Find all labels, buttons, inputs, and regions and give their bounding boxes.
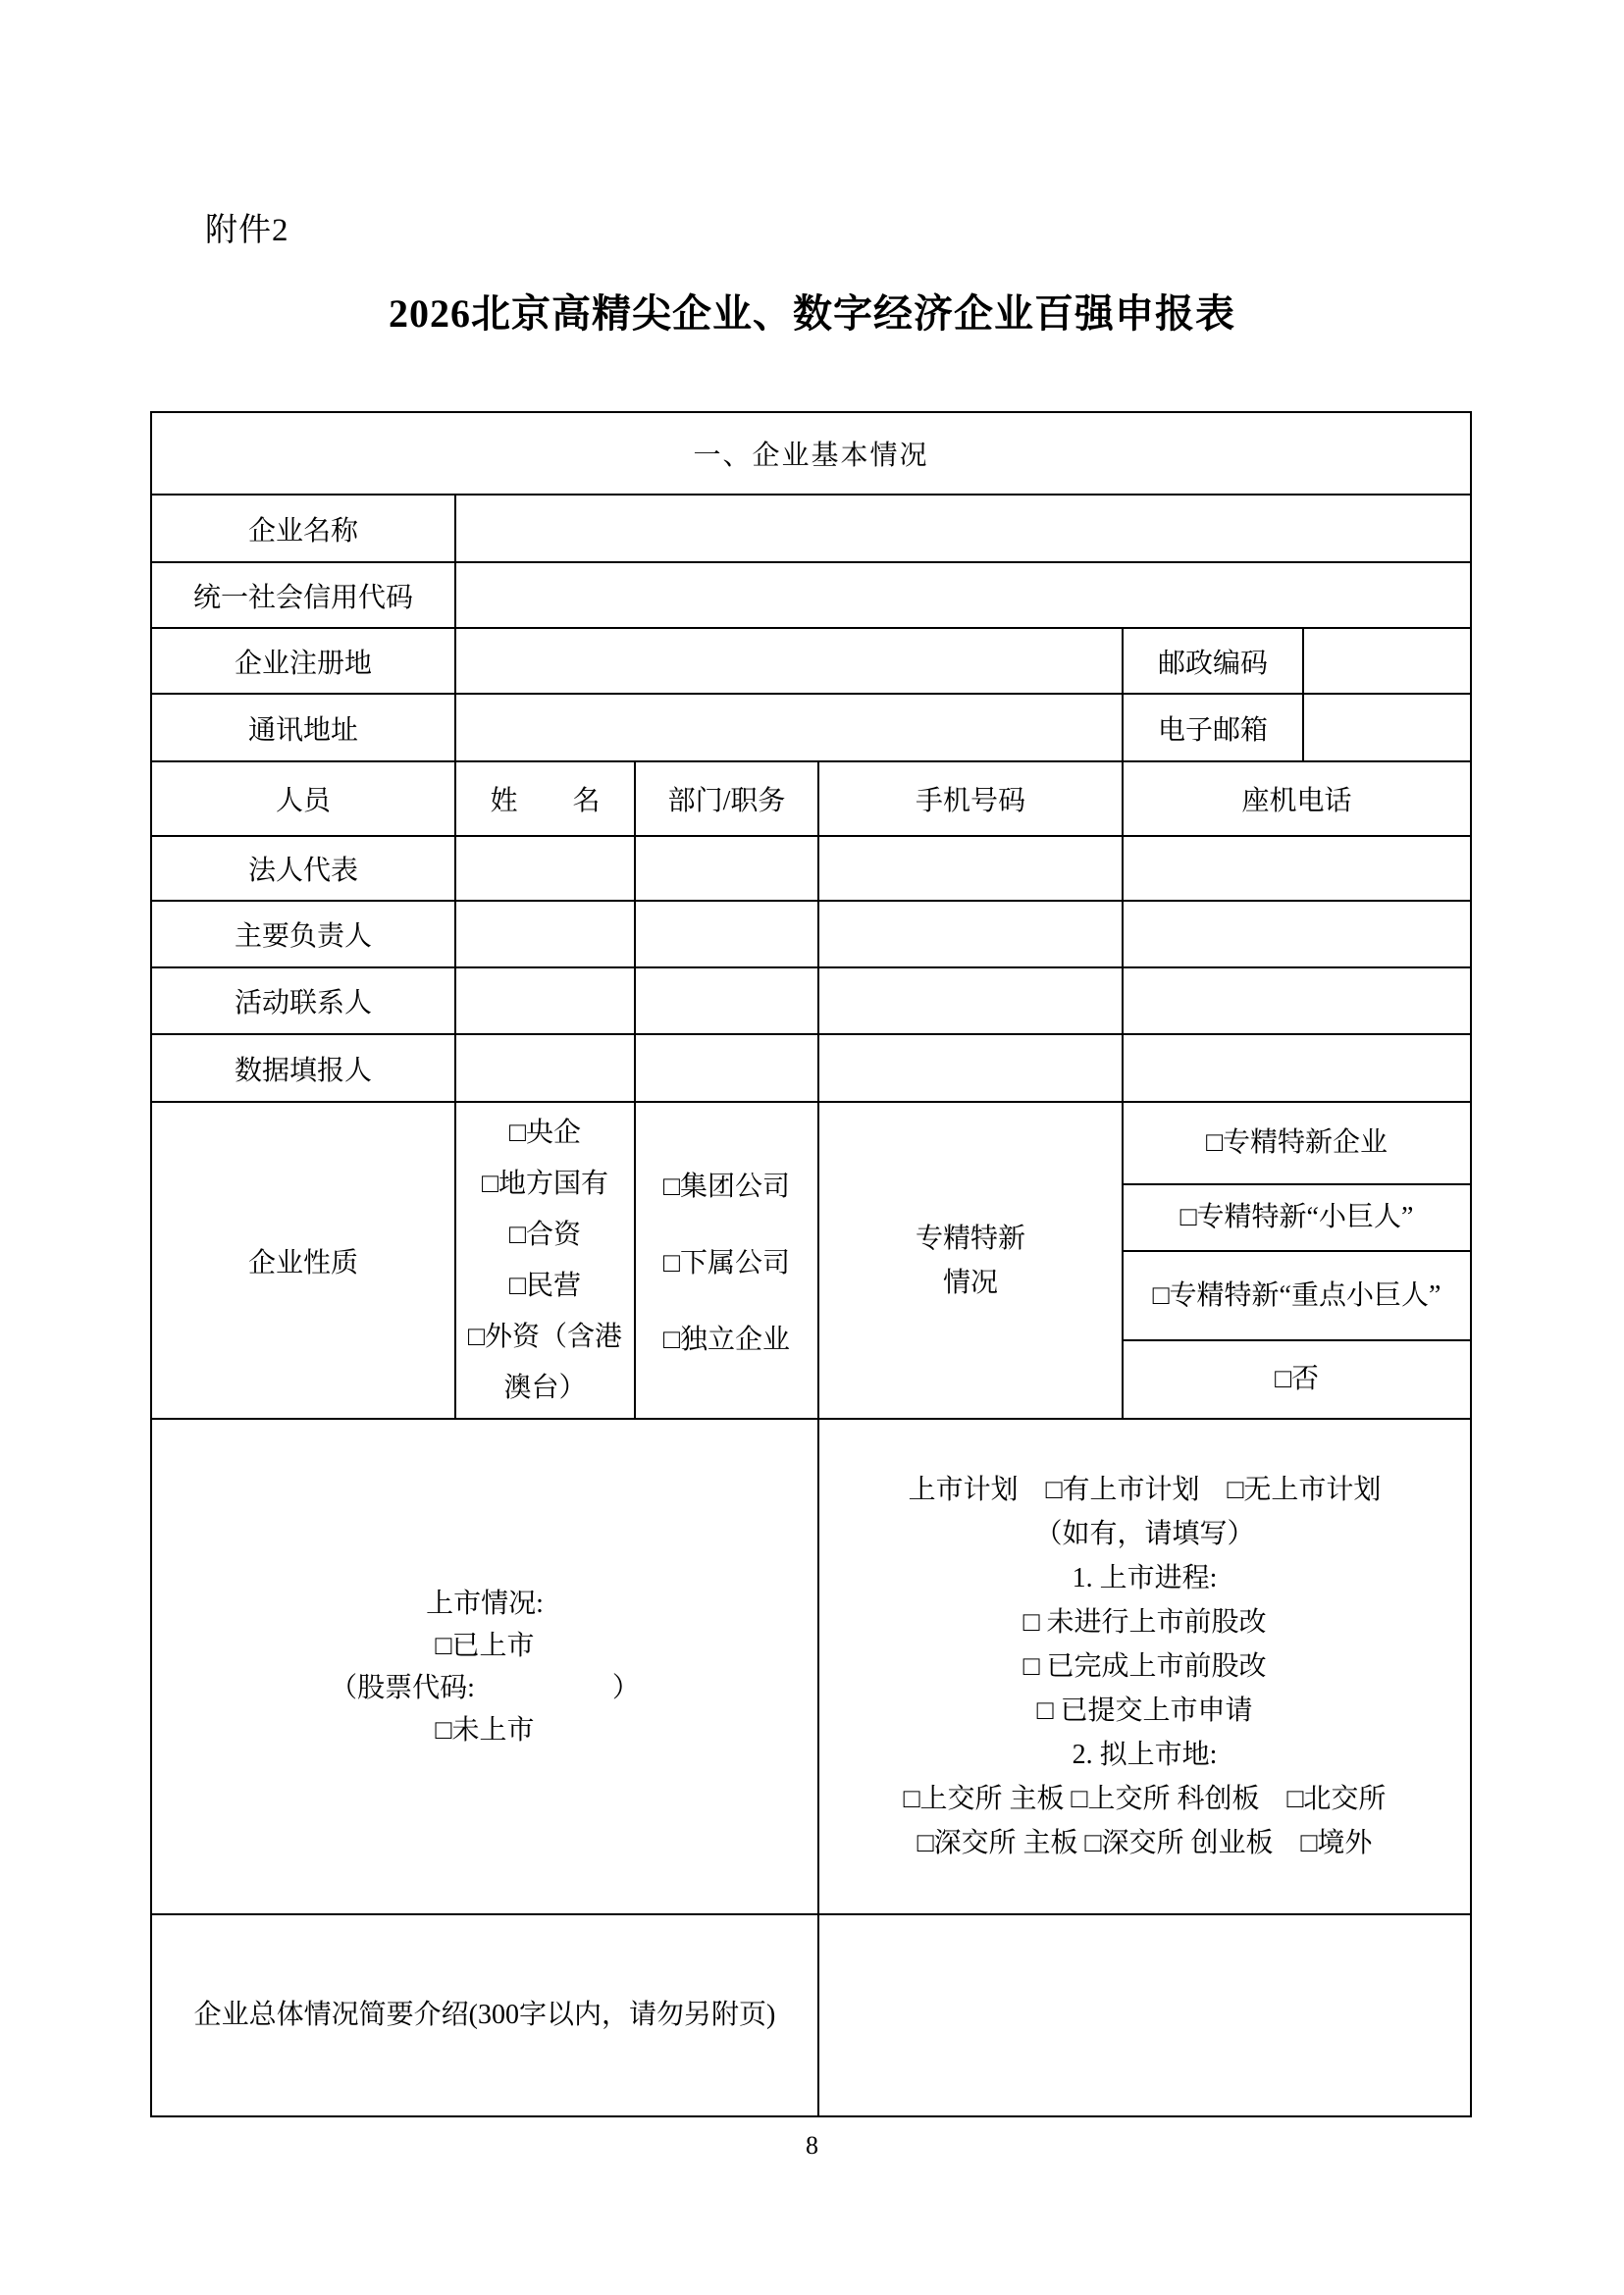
progress-option-submitted[interactable]: □ 已提交上市申请 xyxy=(819,1689,1470,1733)
section-header: 一、企业基本情况 xyxy=(151,412,1471,495)
legal-rep-name-cell[interactable] xyxy=(455,836,635,901)
zjtx-label-line1: 专精特新 xyxy=(819,1217,1122,1261)
table-row: 活动联系人 xyxy=(151,967,1471,1034)
zjtx-option-little-giant[interactable]: □专精特新“小巨人” xyxy=(1123,1184,1471,1251)
page-number: 8 xyxy=(0,2131,1624,2161)
legal-rep-phone-cell[interactable] xyxy=(1123,836,1471,901)
structure-options-cell: □集团公司 □下属公司 □独立企业 xyxy=(635,1102,818,1419)
data-filler-mobile-cell[interactable] xyxy=(818,1034,1123,1102)
progress-option-reform-done[interactable]: □ 已完成上市前股改 xyxy=(819,1644,1470,1689)
data-filler-label: 数据填报人 xyxy=(151,1034,455,1102)
ownership-options-cell: □央企 □地方国有 □合资 □民营 □外资（含港澳台） xyxy=(455,1102,635,1419)
personnel-header-name: 姓 名 xyxy=(455,761,635,836)
listing-status-title: 上市情况: xyxy=(152,1583,817,1625)
company-name-input-cell[interactable] xyxy=(455,495,1471,562)
page-title: 2026北京高精尖企业、数字经济企业百强申报表 xyxy=(0,283,1624,339)
venue-options-row2[interactable]: □深交所 主板 □深交所 创业板 □境外 xyxy=(819,1821,1470,1865)
activity-contact-mobile-cell[interactable] xyxy=(818,967,1123,1034)
summary-input-cell[interactable] xyxy=(818,1914,1471,2116)
listed-checkbox-option[interactable]: □已上市 xyxy=(152,1625,817,1667)
listing-status-cell: 上市情况: □已上市 （股票代码: ） □未上市 xyxy=(151,1419,818,1914)
ownership-option-joint[interactable]: □合资 xyxy=(456,1210,634,1261)
data-filler-name-cell[interactable] xyxy=(455,1034,635,1102)
nature-label: 企业性质 xyxy=(151,1102,455,1419)
structure-option-subsidiary[interactable]: □下属公司 xyxy=(636,1241,817,1280)
not-listed-checkbox-option[interactable]: □未上市 xyxy=(152,1709,817,1751)
structure-option-group[interactable]: □集团公司 xyxy=(636,1165,817,1204)
personnel-header-dept: 部门/职务 xyxy=(635,761,818,836)
listing-plan-note: （如有，请填写） xyxy=(819,1512,1470,1556)
legal-rep-mobile-cell[interactable] xyxy=(818,836,1123,901)
activity-contact-dept-cell[interactable] xyxy=(635,967,818,1034)
ownership-option-private[interactable]: □民营 xyxy=(456,1261,634,1312)
listing-plan-options[interactable]: 上市计划 □有上市计划 □无上市计划 xyxy=(819,1468,1470,1512)
principal-label: 主要负责人 xyxy=(151,901,455,967)
activity-contact-label: 活动联系人 xyxy=(151,967,455,1034)
zjtx-label-line2: 情况 xyxy=(819,1261,1122,1305)
personnel-header-phone: 座机电话 xyxy=(1123,761,1471,836)
email-label: 电子邮箱 xyxy=(1123,694,1303,761)
legal-rep-dept-cell[interactable] xyxy=(635,836,818,901)
stock-code-field[interactable]: （股票代码: ） xyxy=(152,1667,817,1709)
reg-address-label: 企业注册地 xyxy=(151,628,455,694)
basic-info-table: 一、企业基本情况 企业名称 统一社会信用代码 企业注册地 邮政编码 通讯地址 电… xyxy=(150,411,1472,2117)
summary-label: 企业总体情况简要介绍(300字以内，请勿另附页) xyxy=(151,1914,818,2116)
personnel-header-person: 人员 xyxy=(151,761,455,836)
table-row: 法人代表 xyxy=(151,836,1471,901)
email-input-cell[interactable] xyxy=(1303,694,1471,761)
credit-code-input-cell[interactable] xyxy=(455,562,1471,628)
company-name-label: 企业名称 xyxy=(151,495,455,562)
listing-plan-cell: 上市计划 □有上市计划 □无上市计划 （如有，请填写） 1. 上市进程: □ 未… xyxy=(818,1419,1471,1914)
listing-venue-title: 2. 拟上市地: xyxy=(819,1733,1470,1777)
legal-rep-label: 法人代表 xyxy=(151,836,455,901)
structure-option-independent[interactable]: □独立企业 xyxy=(636,1318,817,1357)
credit-code-label: 统一社会信用代码 xyxy=(151,562,455,628)
zjtx-option-key-little-giant[interactable]: □专精特新“重点小巨人” xyxy=(1123,1251,1471,1340)
postal-code-input-cell[interactable] xyxy=(1303,628,1471,694)
mail-address-label: 通讯地址 xyxy=(151,694,455,761)
ownership-option-local-state[interactable]: □地方国有 xyxy=(456,1159,634,1210)
table-row: 数据填报人 xyxy=(151,1034,1471,1102)
ownership-option-foreign[interactable]: □外资（含港澳台） xyxy=(456,1312,634,1414)
listing-progress-title: 1. 上市进程: xyxy=(819,1556,1470,1600)
reg-address-input-cell[interactable] xyxy=(455,628,1123,694)
attachment-label: 附件2 xyxy=(205,204,289,250)
mail-address-input-cell[interactable] xyxy=(455,694,1123,761)
zjtx-option-no[interactable]: □否 xyxy=(1123,1340,1471,1419)
principal-mobile-cell[interactable] xyxy=(818,901,1123,967)
principal-dept-cell[interactable] xyxy=(635,901,818,967)
data-filler-dept-cell[interactable] xyxy=(635,1034,818,1102)
activity-contact-phone-cell[interactable] xyxy=(1123,967,1471,1034)
personnel-header-mobile: 手机号码 xyxy=(818,761,1123,836)
data-filler-phone-cell[interactable] xyxy=(1123,1034,1471,1102)
activity-contact-name-cell[interactable] xyxy=(455,967,635,1034)
venue-options-row1[interactable]: □上交所 主板 □上交所 科创板 □北交所 xyxy=(819,1777,1470,1821)
zjtx-situation-label: 专精特新 情况 xyxy=(818,1102,1123,1419)
progress-option-no-reform[interactable]: □ 未进行上市前股改 xyxy=(819,1600,1470,1644)
document-page: 附件2 2026北京高精尖企业、数字经济企业百强申报表 一、企业基本情况 企业名… xyxy=(0,0,1624,2295)
table-row: 主要负责人 xyxy=(151,901,1471,967)
principal-phone-cell[interactable] xyxy=(1123,901,1471,967)
principal-name-cell[interactable] xyxy=(455,901,635,967)
postal-code-label: 邮政编码 xyxy=(1123,628,1303,694)
ownership-option-central[interactable]: □央企 xyxy=(456,1108,634,1159)
zjtx-option-enterprise[interactable]: □专精特新企业 xyxy=(1123,1102,1471,1184)
